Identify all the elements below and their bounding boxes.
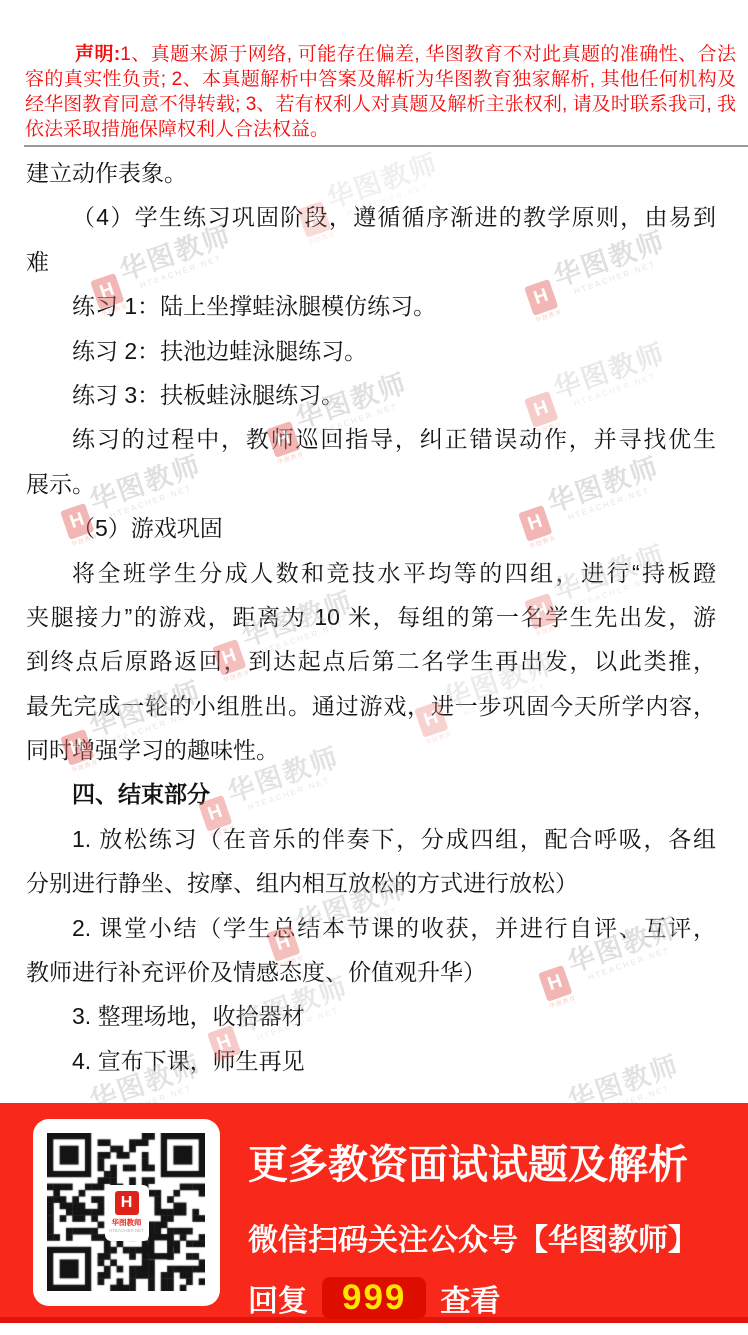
disclaimer-line: 依法采取措施保障权利人合法权益。: [25, 117, 736, 142]
disclaimer-text: 1、真题来源于网络, 可能存在偏差, 华图教育不对此真题的准确性、合法性以及内: [25, 44, 736, 67]
document-line: 3. 整理场地，收拾器材: [26, 994, 716, 1038]
document-line: 教师进行补充评价及情感态度、价值观升华）: [26, 950, 716, 994]
document-line: 1. 放松练习（在音乐的伴奏下，分成四组，配合呼吸，各组: [26, 817, 716, 861]
view-label: 查看: [440, 1276, 500, 1320]
document-line: 夹腿接力”的游戏，距离为 10 米，每组的第一名学生先出发，游: [26, 595, 716, 639]
reply-code-badge: 999: [322, 1277, 426, 1319]
promo-banner: H 华图教师 HTEACHER.NET 更多教资面试试题及解析 微信扫码关注公众…: [0, 1103, 748, 1323]
document-line: 将全班学生分成人数和竞技水平均等的四组，进行“持板蹬: [26, 551, 716, 595]
promo-reply-row: 回复 999 查看: [248, 1276, 728, 1320]
qr-badge-domain: HTEACHER.NET: [109, 1228, 144, 1233]
document-line: 2. 课堂小结（学生总结本节课的收获，并进行自评、互评，: [26, 906, 716, 950]
document-line: （5）游戏巩固: [26, 506, 716, 550]
qr-badge-brand: 华图教师: [112, 1217, 142, 1228]
document-line: 到终点后原路返回，到达起点后第二名学生再出发，以此类推，: [26, 639, 716, 683]
promo-subtitle: 微信扫码关注公众号【华图教师】: [248, 1215, 728, 1259]
qr-center-badge: H 华图教师 HTEACHER.NET: [105, 1185, 149, 1241]
document-line: 分别进行静坐、按摩、组内相互放松的方式进行放松）: [26, 861, 716, 905]
document-line: 4. 宣布下课，师生再见: [26, 1039, 716, 1083]
document-line: 建立动作表象。: [26, 151, 716, 195]
disclaimer-line: 声明:1、真题来源于网络, 可能存在偏差, 华图教育不对此真题的准确性、合法性以…: [25, 42, 736, 67]
section-divider: [24, 145, 748, 147]
document-line: 四、结束部分: [26, 772, 716, 816]
document-line: 练习 3：扶板蛙泳腿练习。: [26, 373, 716, 417]
document-line: （4）学生练习巩固阶段，遵循循序渐进的教学原则，由易到: [26, 195, 716, 239]
promo-title: 更多教资面试试题及解析: [248, 1133, 728, 1190]
disclaimer-label: 声明:: [75, 44, 120, 65]
document-line: 练习的过程中，教师巡回指导，纠正错误动作，并寻找优生: [26, 417, 716, 461]
disclaimer-line: 经华图教育同意不得转载; 3、若有权利人对真题及解析主张权利, 请及时联系我司,…: [25, 92, 736, 117]
document-page: 声明:1、真题来源于网络, 可能存在偏差, 华图教育不对此真题的准确性、合法性以…: [0, 0, 748, 1335]
qr-code-box: H 华图教师 HTEACHER.NET: [33, 1119, 220, 1306]
document-line: 练习 2：扶池边蛙泳腿练习。: [26, 329, 716, 373]
document-line: 练习 1：陆上坐撑蛙泳腿模仿练习。: [26, 284, 716, 328]
huatu-logo-icon: H: [115, 1191, 139, 1215]
disclaimer-line: 容的真实性负责; 2、本真题解析中答案及解析为华图教育独家解析, 其他任何机构及…: [25, 67, 736, 92]
document-line: 难: [26, 240, 716, 284]
lesson-plan-text: 建立动作表象。（4）学生练习巩固阶段，遵循循序渐进的教学原则，由易到难练习 1：…: [26, 151, 716, 1083]
disclaimer-block: 声明:1、真题来源于网络, 可能存在偏差, 华图教育不对此真题的准确性、合法性以…: [25, 42, 736, 142]
document-line: 最先完成一轮的小组胜出。通过游戏，进一步巩固今天所学内容，: [26, 684, 716, 728]
promo-text-block: 更多教资面试试题及解析 微信扫码关注公众号【华图教师】 回复 999 查看: [248, 1103, 728, 1320]
reply-label: 回复: [248, 1276, 308, 1320]
document-line: 同时增强学习的趣味性。: [26, 728, 716, 772]
document-line: 展示。: [26, 462, 716, 506]
